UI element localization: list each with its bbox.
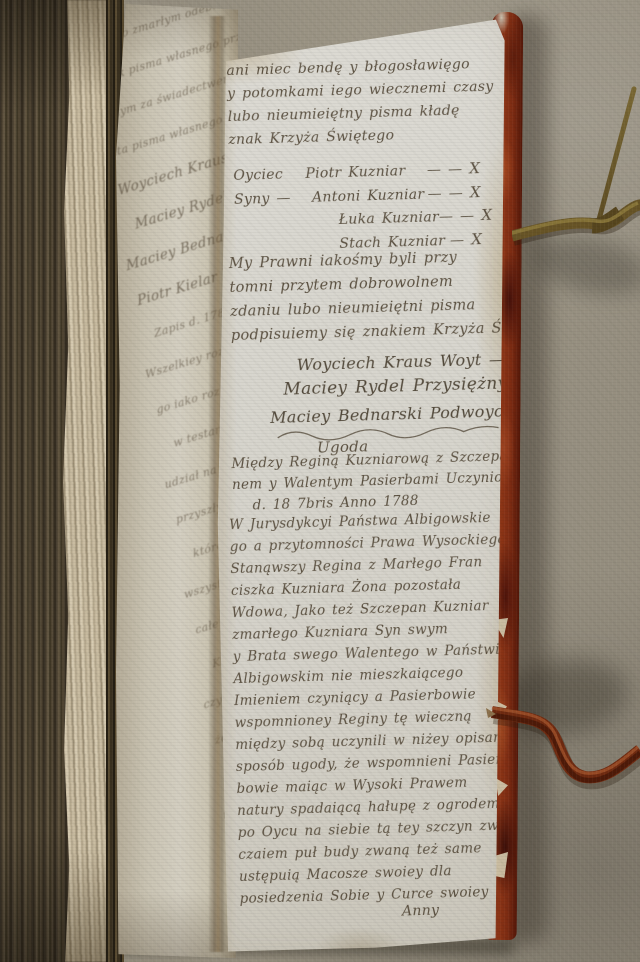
family-role: Oyciec xyxy=(233,163,306,188)
agreement-body: W Jurysdykcyi Państwa Albigowskie go a p… xyxy=(229,506,516,910)
signature-line: Woyciech Kraus Woyt — X xyxy=(296,349,524,374)
bottom-leather-tie xyxy=(482,690,640,800)
family-name: Piotr Kuzniar xyxy=(305,160,406,185)
opening-paragraph: ani miec bendę y błogosławięgo y potomka… xyxy=(226,53,495,152)
cross-mark: X xyxy=(481,204,498,227)
family-role xyxy=(235,225,307,227)
dash-rule: — — xyxy=(439,205,482,229)
family-name: Antoni Kuzniar xyxy=(306,183,425,209)
right-page-handwriting: 357 ani miec bendę y błogosławięgo y pot… xyxy=(209,6,535,959)
cross-mark: X xyxy=(469,157,486,180)
right-page: 357 ani miec bendę y błogosławięgo y pot… xyxy=(210,14,510,959)
cross-mark: X xyxy=(470,180,487,203)
witness-paragraph: My Prawni iakośmy byli przy tomni przyte… xyxy=(229,244,508,348)
family-name: Łuka Kuzniar xyxy=(306,206,439,232)
closing-name: Anny xyxy=(402,902,440,919)
family-role: Syny — xyxy=(234,186,307,211)
manuscript-photo: była po zmarłym odebrali znak pisma włas… xyxy=(0,0,640,962)
family-mark-list: Oyciec Piotr Kuzniar — — X Syny — Antoni… xyxy=(233,157,488,258)
dash-rule: — — xyxy=(405,158,470,182)
top-leather-tie xyxy=(512,192,640,248)
dash-rule: — — xyxy=(424,182,470,206)
page-number: 357 xyxy=(324,15,377,48)
